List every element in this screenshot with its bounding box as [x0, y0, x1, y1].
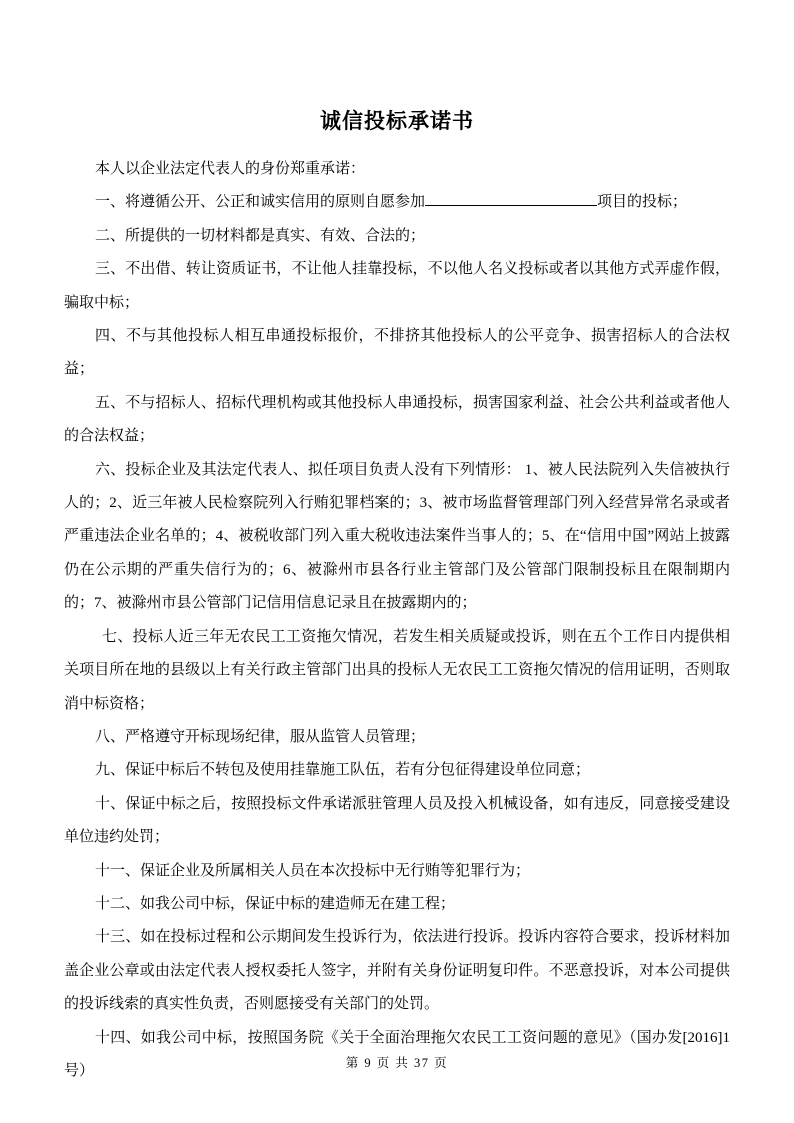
- clause-5: 五、不与招标人、招标代理机构或其他投标人串通投标，损害国家利益、社会公共利益或者…: [64, 387, 730, 454]
- clause-7: 七、投标人近三年无农民工工资拖欠情况，若发生相关质疑或投诉，则在五个工作日内提供…: [64, 621, 730, 721]
- intro-paragraph: 本人以企业法定代表人的身份郑重承诺：: [64, 153, 730, 186]
- document-page: 诚信投标承诺书 本人以企业法定代表人的身份郑重承诺： 一、将遵循公开、公正和诚实…: [0, 0, 794, 1123]
- clause-8: 八、严格遵守开标现场纪律，服从监管人员管理；: [64, 721, 730, 754]
- page-number-footer: 第 9 页 共 37 页: [0, 1053, 794, 1073]
- clause-1: 一、将遵循公开、公正和诚实信用的原则自愿参加项目的投标；: [64, 186, 730, 219]
- clause-11: 十一、保证企业及所属相关人员在本次投标中无行贿等犯罪行为；: [64, 855, 730, 888]
- clause-10: 十、保证中标之后，按照投标文件承诺派驻管理人员及投入机械设备，如有违反，同意接受…: [64, 788, 730, 855]
- clause-4: 四、不与其他投标人相互串通投标报价，不排挤其他投标人的公平竞争、损害招标人的合法…: [64, 320, 730, 387]
- project-name-blank: [425, 192, 597, 206]
- clause-13: 十三、如在投标过程和公示期间发生投诉行为，依法进行投诉。投诉内容符合要求，投诉材…: [64, 921, 730, 1021]
- clause-9: 九、保证中标后不转包及使用挂靠施工队伍，若有分包征得建设单位同意；: [64, 754, 730, 787]
- clause-1-suffix: 项目的投标；: [597, 194, 687, 210]
- clause-1-text: 一、将遵循公开、公正和诚实信用的原则自愿参加: [95, 194, 425, 210]
- clause-2: 二、所提供的一切材料都是真实、有效、合法的；: [64, 220, 730, 253]
- clause-12: 十二、如我公司中标，保证中标的建造师无在建工程；: [64, 888, 730, 921]
- clause-6: 六、投标企业及其法定代表人、拟任项目负责人没有下列情形： 1、被人民法院列入失信…: [64, 454, 730, 621]
- document-body: 本人以企业法定代表人的身份郑重承诺： 一、将遵循公开、公正和诚实信用的原则自愿参…: [64, 153, 730, 1088]
- clause-3: 三、不出借、转让资质证书，不让他人挂靠投标，不以他人名义投标或者以其他方式弄虚作…: [64, 253, 730, 320]
- document-title: 诚信投标承诺书: [64, 105, 730, 138]
